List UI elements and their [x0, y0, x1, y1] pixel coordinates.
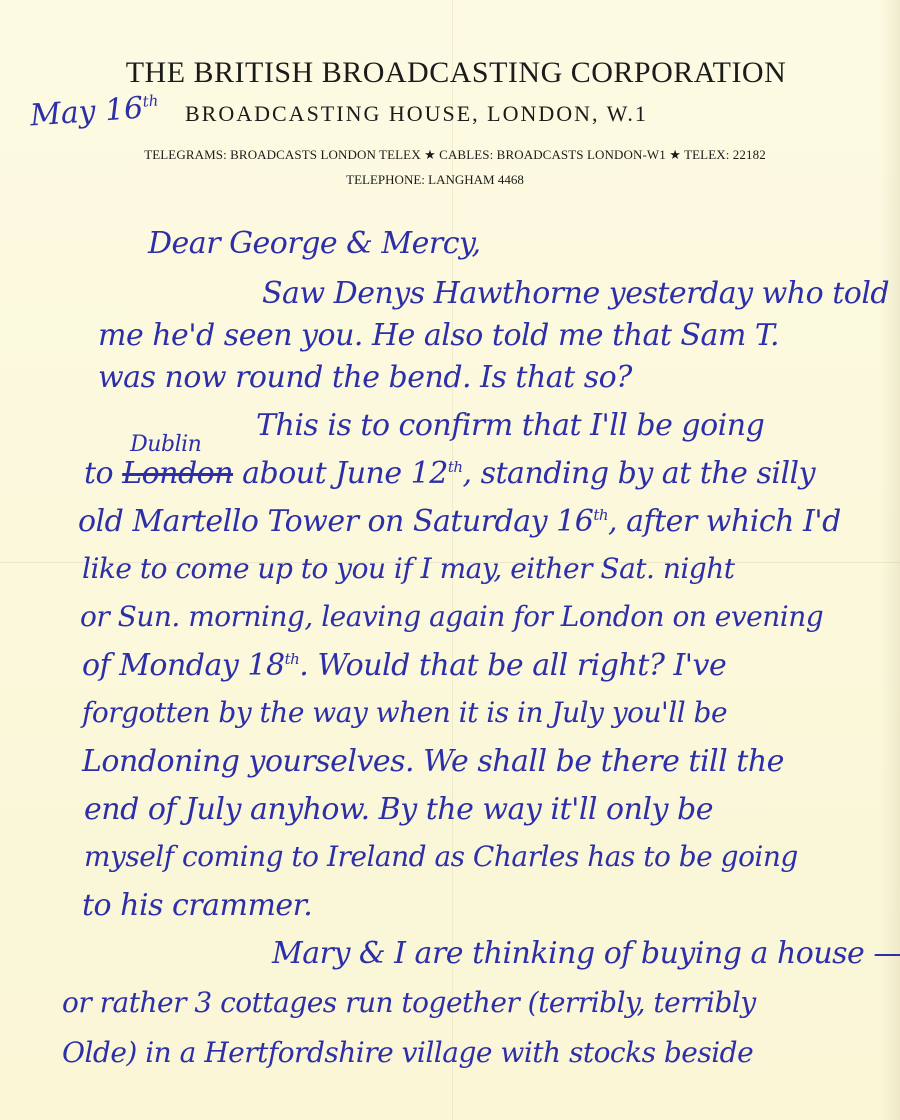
- letter-line: This is to confirm that I'll be going: [256, 408, 764, 443]
- letter-line: or rather 3 cottages run together (terri…: [62, 986, 756, 1019]
- letter-text: . Would that be all right? I've: [299, 648, 726, 683]
- letter-line: end of July anyhow. By the way it'll onl…: [84, 792, 713, 827]
- letter-text: , standing by at the silly: [463, 456, 816, 491]
- organization-name: THE BRITISH BROADCASTING CORPORATION: [0, 56, 900, 90]
- ordinal-suffix: th: [448, 458, 463, 476]
- letter-line: Saw Denys Hawthorne yesterday who told: [262, 276, 889, 311]
- letter-text: , after which I'd: [608, 504, 841, 539]
- letter-line: me he'd seen you. He also told me that S…: [98, 318, 779, 353]
- letter-line: forgotten by the way when it is in July …: [82, 696, 727, 729]
- contact-line: TELEGRAMS: BROADCASTS LONDON TELEX ★ CAB…: [0, 147, 900, 163]
- letter-line: Olde) in a Hertfordshire village with st…: [62, 1036, 753, 1069]
- letter-line: to LondonDublin about June 12th, standin…: [84, 456, 815, 491]
- inserted-word: Dublin: [130, 432, 201, 457]
- organization-address: BROADCASTING HOUSE, LONDON, W.1: [185, 101, 648, 127]
- letter-line: of Monday 18th. Would that be all right?…: [82, 648, 726, 683]
- letter-text: of Monday 18: [82, 648, 285, 683]
- ordinal-suffix: th: [593, 506, 608, 524]
- struck-word: London: [122, 456, 233, 491]
- letter-line: Londoning yourselves. We shall be there …: [82, 744, 784, 779]
- letter-line: myself coming to Ireland as Charles has …: [84, 840, 798, 873]
- date-suffix: th: [142, 92, 159, 111]
- handwritten-date: May 16th: [29, 90, 160, 134]
- letter-text: about June 12: [242, 456, 448, 491]
- letter-line: like to come up to you if I may, either …: [82, 552, 735, 585]
- letter-line: was now round the bend. Is that so?: [98, 360, 632, 395]
- telephone-line: TELEPHONE: LANGHAM 4468: [0, 172, 870, 188]
- date-text: May 16: [29, 91, 144, 134]
- letter-line: or Sun. morning, leaving again for Londo…: [80, 600, 823, 633]
- letter-text: old Martello Tower on Saturday 16: [78, 504, 593, 539]
- letter-line: Mary & I are thinking of buying a house …: [272, 936, 900, 971]
- ordinal-suffix: th: [285, 650, 300, 668]
- letter-word: to: [84, 456, 113, 491]
- letter-line: old Martello Tower on Saturday 16th, aft…: [78, 504, 841, 539]
- salutation: Dear George & Mercy,: [148, 226, 481, 261]
- letter-line: to his crammer.: [82, 888, 312, 923]
- correction: LondonDublin: [122, 456, 233, 491]
